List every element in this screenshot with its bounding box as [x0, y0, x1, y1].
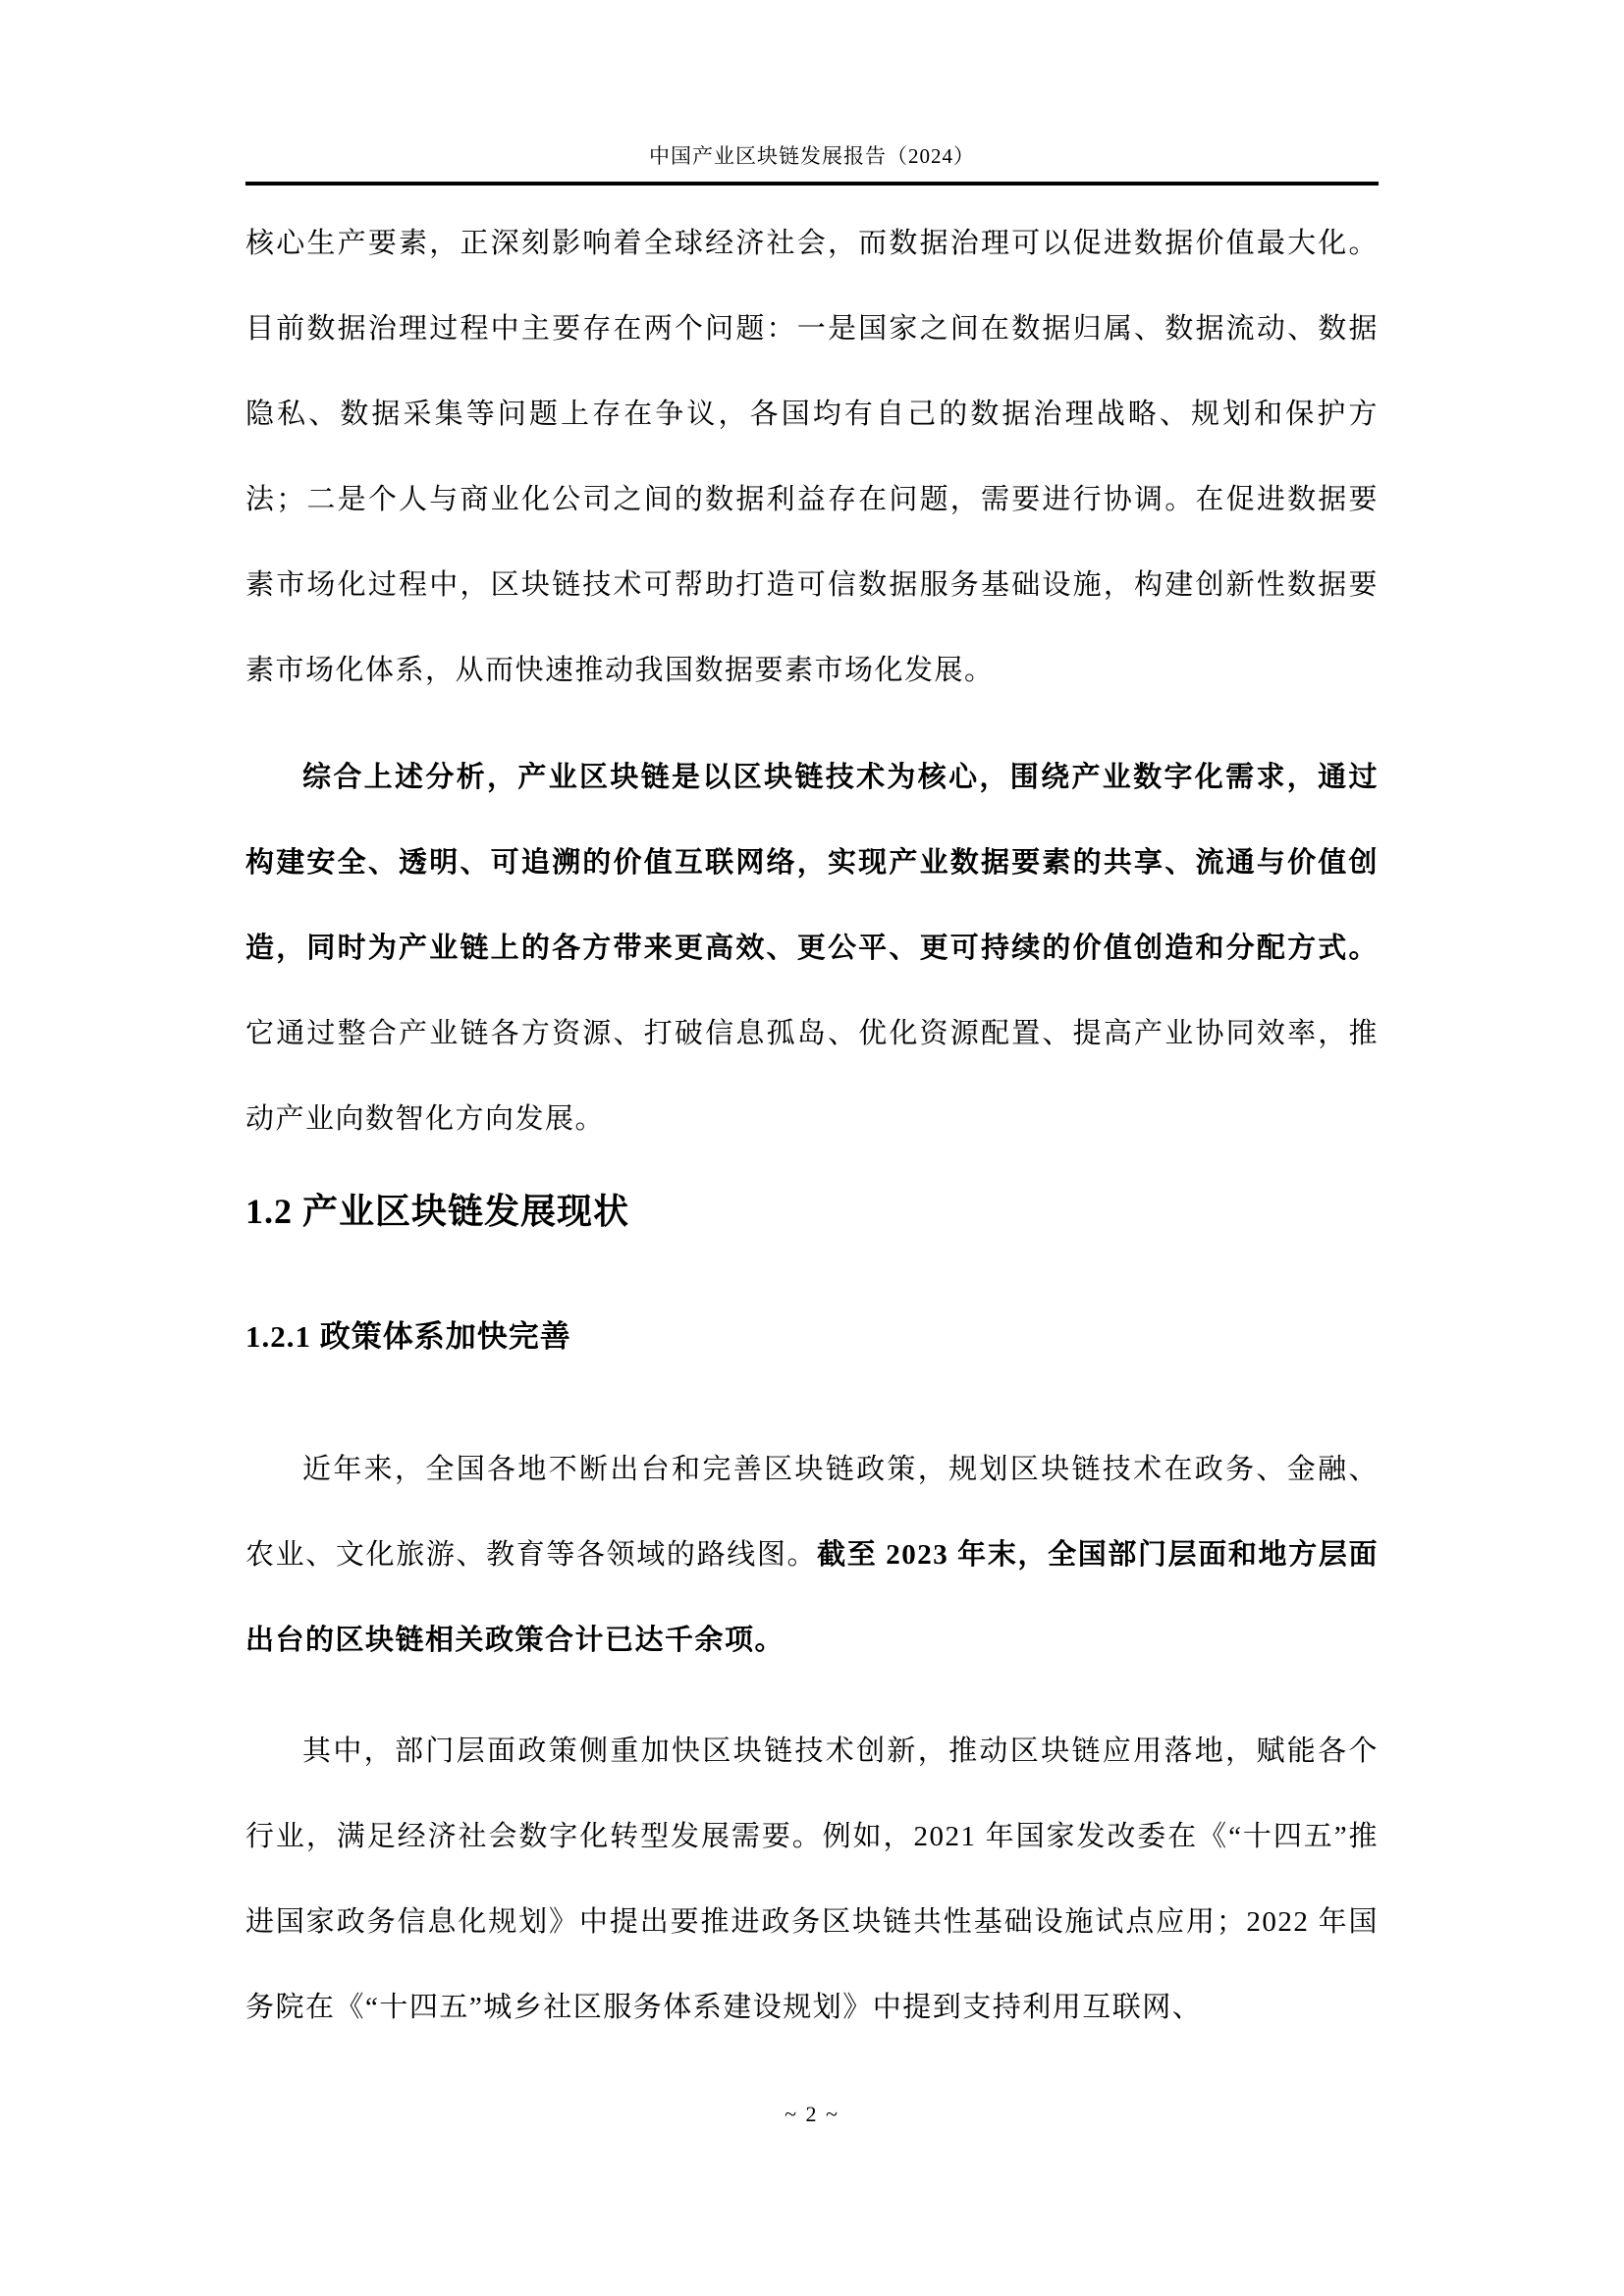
page-header: 中国产业区块链发展报告（2024）: [245, 0, 1379, 186]
paragraph-summary: 综合上述分析，产业区块链是以区块链技术为核心，围绕产业数字化需求，通过构建安全、…: [245, 735, 1379, 1162]
page-number: ~ 2 ~: [785, 2102, 839, 2126]
document-page: 中国产业区块链发展报告（2024） 核心生产要素，正深刻影响着全球经济社会，而数…: [0, 0, 1624, 2296]
page-body: 核心生产要素，正深刻影响着全球经济社会，而数据治理可以促进数据价值最大化。目前数…: [245, 201, 1379, 2051]
paragraph-summary-regular-text: 它通过整合产业链各方资源、打破信息孤岛、优化资源配置、提高产业协同效率，推动产业…: [245, 1018, 1379, 1135]
section-heading-1-2: 1.2 产业区块链发展现状: [245, 1190, 1379, 1233]
subsection-heading-1-2-1: 1.2.1 政策体系加快完善: [245, 1317, 1379, 1357]
paragraph-summary-bold-text: 综合上述分析，产业区块链是以区块链技术为核心，围绕产业数字化需求，通过构建安全、…: [245, 762, 1379, 964]
paragraph-data-governance: 核心生产要素，正深刻影响着全球经济社会，而数据治理可以促进数据价值最大化。目前数…: [245, 201, 1379, 714]
header-title: 中国产业区块链发展报告（2024）: [649, 144, 975, 168]
page-footer: ~ 2 ~: [0, 2101, 1624, 2128]
paragraph-policy: 近年来，全国各地不断出台和完善区块链政策，规划区块链技术在政务、金融、农业、文化…: [245, 1427, 1379, 1683]
paragraph-department-policy: 其中，部门层面政策侧重加快区块链技术创新，推动区块链应用落地，赋能各个行业，满足…: [245, 1709, 1379, 2051]
